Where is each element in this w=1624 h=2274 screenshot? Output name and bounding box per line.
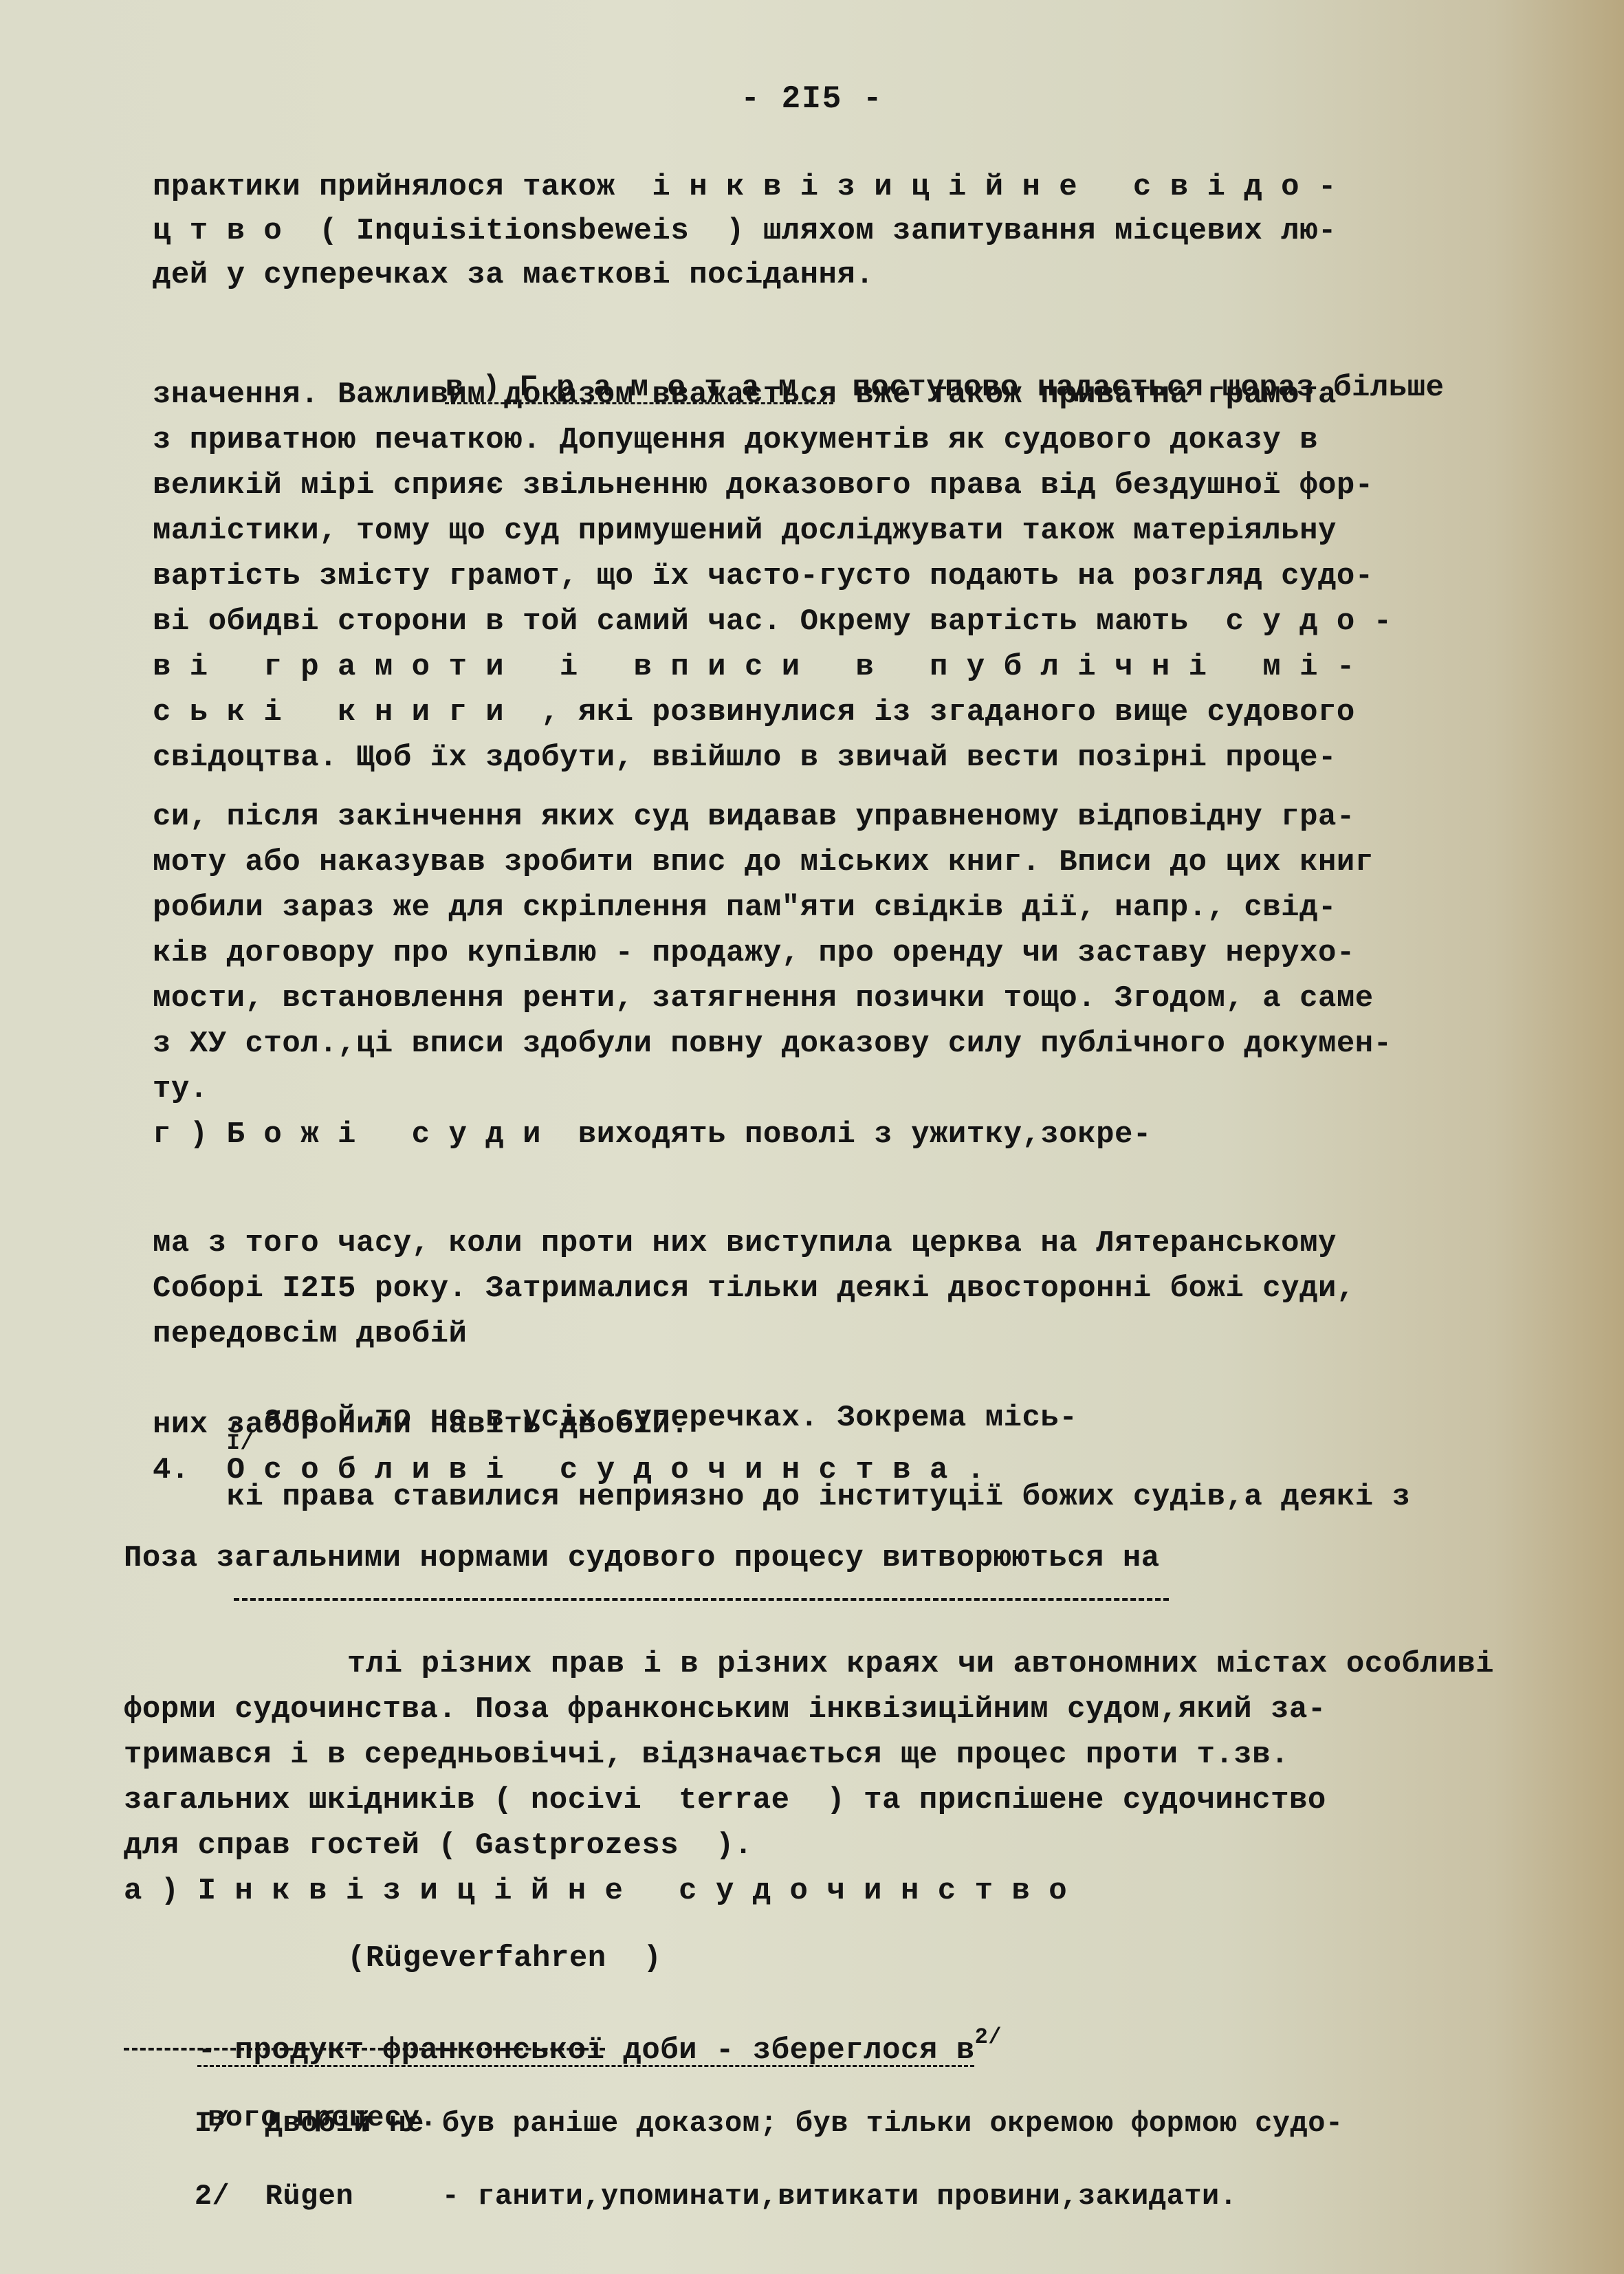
body-line: передовсім двобій (153, 1315, 467, 1353)
body-line: ві обидві сторони в той самий час. Окрем… (153, 602, 1392, 641)
subsection-a-heading: (Rügeverfahren ) (347, 1939, 661, 1978)
body-line: в і г р а м о т и і в п и с и в п у б л … (153, 648, 1355, 686)
body-line: них заборонили навіть двобій. (153, 1406, 689, 1444)
body-line: для справ гостей ( Gastprozess ). (124, 1826, 753, 1865)
rugeverfahren-term: - продукт франконської доби - збереглося… (198, 2033, 975, 2068)
body-line: моту або наказував зробити впис до міськ… (153, 843, 1374, 882)
body-line: дей у суперечках за маєткові посідання. (153, 256, 874, 294)
body-line: великій мірі сприяє звільненню доказовог… (153, 466, 1374, 505)
footnote-ref-2: 2/ (975, 2024, 1002, 2050)
body-line: вартість змісту грамот, що їх часто-густ… (153, 557, 1374, 595)
body-line: ту. (153, 1070, 208, 1108)
body-line: мости, встановлення ренти, затягнення по… (153, 979, 1374, 1018)
typewritten-page: - 2I5 - практики прийнялося також і н к … (0, 0, 1624, 2274)
body-line: з ХУ стол.,ці вписи здобули повну доказо… (153, 1025, 1392, 1063)
body-line: практики прийнялося також і н к в і з и … (153, 168, 1337, 206)
footnote-2: 2/ Rügen - ганити,упоминати,витикати про… (124, 2139, 1237, 2254)
body-line: а ) І н к в і з и ц і й н е с у д о ч и … (124, 1872, 1067, 1910)
body-line: робили зараз же для скріплення пам"яти с… (153, 888, 1337, 927)
section-4-heading: Поза загальними нормами судового процесу… (124, 1539, 1160, 1577)
body-line: ц т в о ( Inquisitionsbeweis ) шляхом за… (153, 212, 1337, 250)
body-line: ма з того часу, коли проти них виступила… (153, 1224, 1337, 1262)
body-line: загальних шкідників ( nocivi terrae ) та… (124, 1781, 1326, 1819)
page-number: - 2I5 - (0, 81, 1624, 117)
body-line: ків договору про купівлю - продажу, про … (153, 934, 1355, 972)
body-line: з приватною печаткою. Допущення документ… (153, 421, 1318, 459)
body-line: малістики, тому що суд примушений дослід… (153, 512, 1337, 550)
body-line: г ) Б о ж і с у д и виходять поволі з уж… (153, 1115, 1152, 1154)
footnote-marker: 2/ (195, 2180, 230, 2213)
body-line: значення. Важливим доказом вважається вж… (153, 375, 1337, 414)
footnote-1-cont: вого процесу. (208, 2099, 437, 2137)
body-line: форми судочинства. Поза франконським інк… (124, 1690, 1326, 1729)
body-line: си, після закінчення яких суд видавав уп… (153, 798, 1355, 836)
body-line: Соборі I2I5 року. Затрималися тільки дея… (153, 1269, 1355, 1308)
body-line: свідоцтва. Щоб їх здобути, ввійшло в зви… (153, 739, 1337, 777)
heading-underline (234, 1598, 1169, 1601)
body-line: тримався і в середньовіччі, відзначаєтьс… (124, 1736, 1289, 1774)
body-line: 4. О с о б л и в і с у д о ч и н с т в а… (153, 1451, 985, 1489)
footnote-text: Rügen - ганити,упоминати,витикати провин… (265, 2180, 1238, 2213)
body-line: тлі різних прав і в різних краях чи авто… (347, 1645, 1494, 1683)
body-line: с ь к і к н и г и , які розвинулися із з… (153, 693, 1355, 732)
footnote-separator (124, 2048, 605, 2051)
